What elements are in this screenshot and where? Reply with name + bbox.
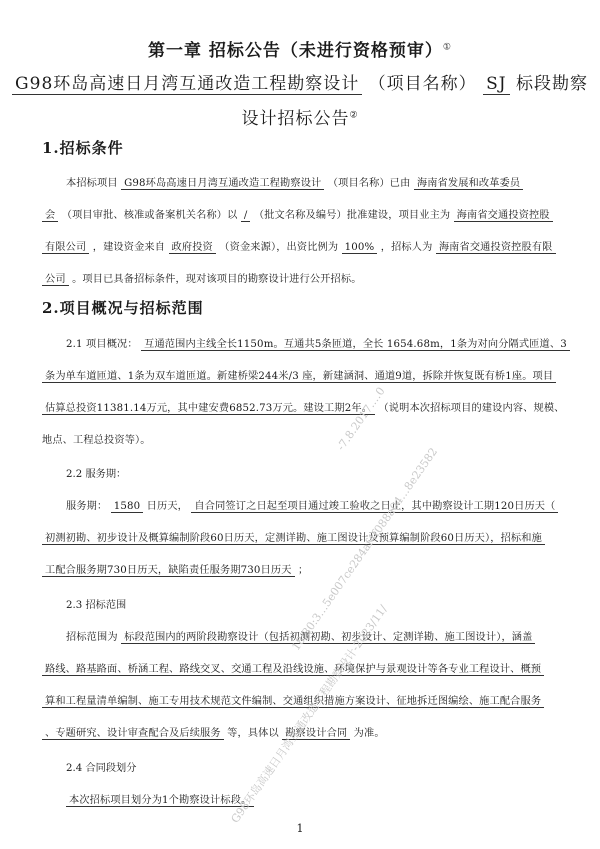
filled-field: 估算总投资11381.14万元，其中建安费6852.73万元。建设工期2年。 [42,403,375,415]
filled-field: 初测初勘、初步设计及概算编制阶段60日历天，定测详勘、施工图设计及预算编制阶段6… [42,533,545,545]
filled-field: 条为单车道匝道、1条为双车道匝道。新建桥梁244米/3 座，新建涵洞、通道9道，… [42,371,556,383]
text: （资金来源），出资比例为 [219,242,338,253]
footnote-marker-2: ② [349,110,358,120]
filled-field: 100% [342,242,378,254]
filled-field: 政府投资 [169,242,216,254]
filled-field: 工配合服务期730日历天，缺陷责任服务期730日历天 [42,565,295,577]
text: （项目审批、核准或备案机关名称）以 [62,210,238,221]
filled-field: 互通范围内主线全长1150m。互通共5条匝道，全长 1654.68m，1条为对向… [141,339,570,351]
filled-field: 有限公司 [42,242,89,254]
text: （项目名称）已由 [328,178,411,189]
filled-field: 标段范围内的两阶段勘察设计（包括初测初勘、初步设计、定测详勘、施工图设计），涵盖 [121,632,535,644]
document-page: 第一章 招标公告（未进行资格预审）① G98环岛高速日月湾互通改造工程勘察设计 … [0,0,600,849]
filled-field: 路线、路基路面、桥涵工程、路线交叉、交通工程及沿线设施、环境保护与景观设计等各专… [42,664,544,676]
text: 招标范围为 [66,632,118,643]
text: （批文名称及编号）批准建设，项目业主为 [254,210,450,221]
filled-field: 海南省发展和改革委员 [414,178,523,190]
chapter-title-text: 第一章 招标公告（未进行资格预审） [148,41,443,61]
filled-field: 1580 [111,501,144,513]
paragraph-line: 初测初勘、初步设计及概算编制阶段60日历天，定测详勘、施工图设计及预算编制阶段6… [42,529,562,544]
paragraph-line: 算和工程量清单编制、施工专用技术规范文件编制、交通组织措施方案设计、征地拆迁图编… [42,692,562,707]
paragraph-line: 本招标项目 G98环岛高速日月湾互通改造工程勘察设计 （项目名称）已由 海南省发… [66,174,586,189]
paragraph-line: 会 （项目审批、核准或备案机关名称）以 / （批文名称及编号）批准建设，项目业主… [42,206,562,221]
title-suffix-2: 设计招标公告 [241,109,349,129]
text: （说明本次招标项目的建设内容、规模、 [378,403,564,414]
subsection-label: 2.4 合同段划分 [66,759,136,774]
section-heading-1: 1.招标条件 [42,137,124,158]
filled-field: 算和工程量清单编制、施工专用技术规范文件编制、交通组织措施方案设计、征地拆迁图编… [42,696,544,708]
paragraph-line: 服务期： 1580 日历天， 自合同签订之日起至项目通过竣工验收之日止，其中勘察… [66,497,586,512]
filled-field: 、专题研究、设计审查配合及后续服务 [42,728,224,740]
paragraph-line: 路线、路基路面、桥涵工程、路线交叉、交通工程及沿线设施、环境保护与景观设计等各专… [42,660,562,675]
notice-title-line1: G98环岛高速日月湾互通改造工程勘察设计 （项目名称） SJ 标段勘察 [0,69,600,94]
notice-title-line2: 设计招标公告② [0,104,600,129]
paragraph-line: 招标范围为 标段范围内的两阶段勘察设计（包括初测初勘、初步设计、定测详勘、施工图… [66,628,586,643]
filled-field: 本次招标项目划分为1个勘察设计标段。 [66,795,254,807]
section-code-field: SJ [483,74,509,95]
filled-field: G98环岛高速日月湾互通改造工程勘察设计 [121,178,324,190]
text: 等，具体以 [227,728,279,739]
text: 。项目已具备招标条件，现对该项目的勘察设计进行公开招标。 [72,274,361,285]
paragraph-line: 本次招标项目划分为1个勘察设计标段。 [66,791,586,806]
subsection-label: 2.2 服务期： [66,465,126,480]
paragraph-line: 估算总投资11381.14万元，其中建安费6852.73万元。建设工期2年。 （… [42,399,562,414]
paragraph-line: 工配合服务期730日历天，缺陷责任服务期730日历天 ； [42,561,562,576]
text: 日历天， [147,501,188,512]
filled-field: 自合同签订之日起至项目通过竣工验收之日止，其中勘察设计工期120日历天（ [191,501,558,513]
text: ，招标人为 [381,242,433,253]
text: ； [298,565,308,576]
page-number: 1 [0,822,600,835]
subsection-label: 2.3 招标范围 [66,596,126,611]
project-name-label: （项目名称） [369,74,477,94]
text: 本招标项目 [66,178,118,189]
filled-field: 海南省交通投资控股 [454,210,553,222]
filled-field: 公司 [42,274,69,286]
paragraph-line: 2.1 项目概况： 互通范围内主线全长1150m。互通共5条匝道，全长 1654… [66,335,586,350]
filled-field: 海南省交通投资控股有限 [436,242,556,254]
paragraph-line: 公司 。项目已具备招标条件，现对该项目的勘察设计进行公开招标。 [42,270,562,285]
paragraph-line: 有限公司 ，建设资金来自 政府投资 （资金来源），出资比例为 100% ，招标人… [42,238,562,253]
text: ，建设资金来自 [93,242,165,253]
title-suffix: 标段勘察 [516,74,588,94]
project-name-field: G98环岛高速日月湾互通改造工程勘察设计 [12,74,362,95]
filled-field: 会 [42,210,58,222]
text: 服务期： [66,501,107,512]
text: 为准。 [354,728,385,739]
paragraph-line: 地点、工程总投资等）。 [42,431,562,446]
subsection-label: 2.1 项目概况： [66,339,138,350]
section-heading-2: 2.项目概况与招标范围 [42,297,204,318]
chapter-title: 第一章 招标公告（未进行资格预审）① [0,36,600,61]
text: 地点、工程总投资等）。 [42,435,151,446]
filled-field: / [241,210,251,222]
footnote-marker-1: ① [443,42,452,52]
paragraph-line: 条为单车道匝道、1条为双车道匝道。新建桥梁244米/3 座，新建涵洞、通道9道，… [42,367,562,382]
